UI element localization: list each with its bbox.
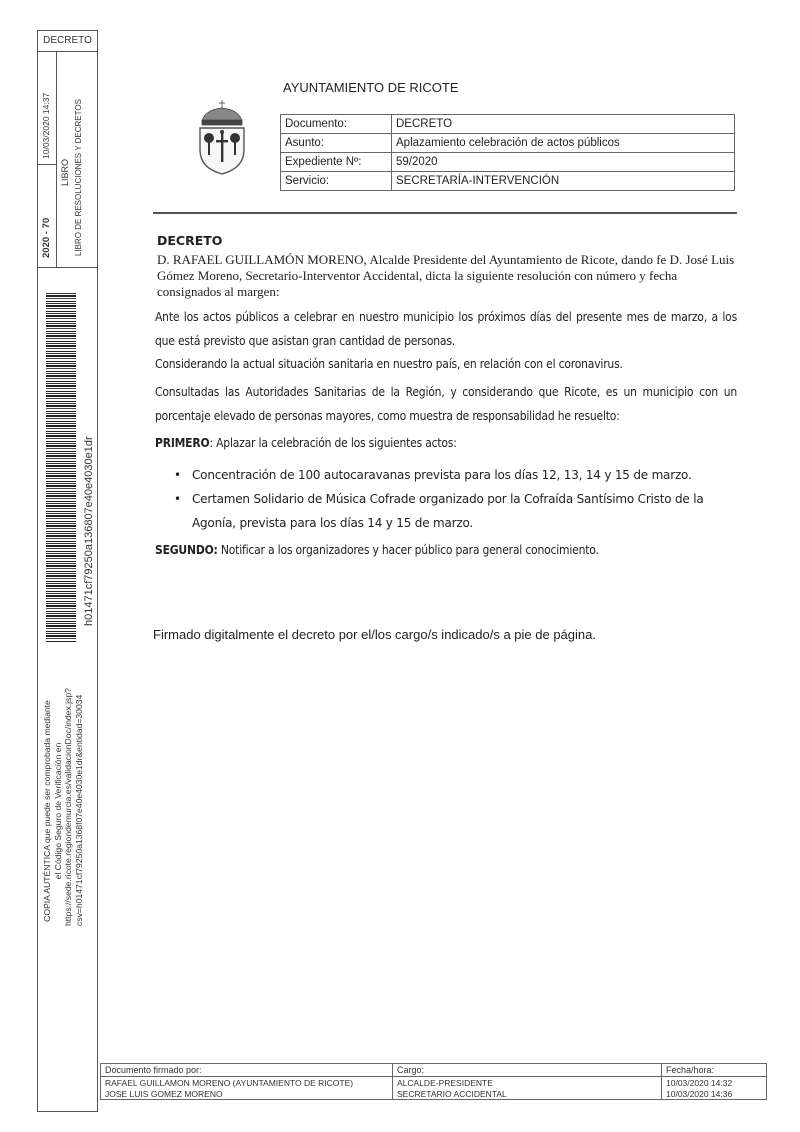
csv-code: h01471cf79250a136807e40e4030e1dr xyxy=(83,436,95,626)
registry-datetime: 10/03/2020 14:37 xyxy=(41,93,51,159)
signatures-table: Documento firmado por: Cargo: Fecha/hora… xyxy=(100,1063,767,1100)
resolution-second: SEGUNDO: Notificar a los organizadores y… xyxy=(155,538,737,562)
organization-title: AYUNTAMIENTO DE RICOTE xyxy=(283,80,459,95)
signatures-header-row: Documento firmado por: Cargo: Fecha/hora… xyxy=(101,1064,767,1077)
meta-label: Expediente Nº: xyxy=(281,153,392,172)
resolution-second-label: SEGUNDO: xyxy=(155,543,218,557)
decree-title: DECRETO xyxy=(157,233,222,248)
list-item-text: Certamen Solidario de Música Cofrade org… xyxy=(192,492,704,530)
meta-row: Asunto: Aplazamiento celebración de acto… xyxy=(281,134,735,153)
coat-of-arms-icon xyxy=(196,98,248,176)
meta-label: Asunto: xyxy=(281,134,392,153)
list-item: • Certamen Solidario de Música Cofrade o… xyxy=(172,487,732,535)
meta-row: Documento: DECRETO xyxy=(281,115,735,134)
signature-datetime: 10/03/2020 14:36 xyxy=(662,1088,767,1100)
document-metadata-table: Documento: DECRETO Asunto: Aplazamiento … xyxy=(280,114,735,191)
registry-stamp-divider xyxy=(38,164,56,165)
role-header: Cargo: xyxy=(393,1064,662,1077)
signer-role: SECRETARIO ACCIDENTAL xyxy=(393,1088,662,1100)
signature-datetime: 10/03/2020 14:32 xyxy=(662,1077,767,1089)
meta-value: SECRETARÍA-INTERVENCIÓN xyxy=(392,172,735,191)
registry-number: 2020 - 70 xyxy=(41,218,52,258)
signer-name: RAFAEL GUILLAMON MORENO (AYUNTAMIENTO DE… xyxy=(101,1077,393,1089)
meta-value: Aplazamiento celebración de actos públic… xyxy=(392,134,735,153)
meta-label: Servicio: xyxy=(281,172,392,191)
table-row: JOSE LUIS GOMEZ MORENO SECRETARIO ACCIDE… xyxy=(101,1088,767,1100)
book-short-label: LIBRO xyxy=(60,159,70,186)
authentic-copy-notice: COPIA AUTÉNTICA que puede ser comprobada… xyxy=(42,696,94,926)
resolution-first-label: PRIMERO xyxy=(155,436,209,450)
list-item: • Concentración de 100 autocaravanas pre… xyxy=(172,463,732,487)
meta-row: Servicio: SECRETARÍA-INTERVENCIÓN xyxy=(281,172,735,191)
paragraph-whereas-health: Considerando la actual situación sanitar… xyxy=(155,352,737,376)
meta-value: 59/2020 xyxy=(392,153,735,172)
datetime-header: Fecha/hora: xyxy=(662,1064,767,1077)
signer-role: ALCALDE-PRESIDENTE xyxy=(393,1077,662,1089)
paragraph-consulted: Consultadas las Autoridades Sanitarias d… xyxy=(155,380,737,428)
sidebar-header: DECRETO xyxy=(38,31,97,52)
resolution-first: PRIMERO: Aplazar la celebración de los s… xyxy=(155,431,737,455)
signer-header: Documento firmado por: xyxy=(101,1064,393,1077)
header-divider xyxy=(153,212,737,214)
bullet-icon: • xyxy=(174,463,181,487)
book-full-label: LIBRO DE RESOLUCIONES Y DECRETOS xyxy=(74,99,83,256)
digital-signature-note: Firmado digitalmente el decreto por el/l… xyxy=(153,627,596,642)
paragraph-whereas-events: Ante los actos públicos a celebrar en nu… xyxy=(155,305,737,353)
bullet-icon: • xyxy=(174,487,181,511)
meta-value: DECRETO xyxy=(392,115,735,134)
postponed-events-list: • Concentración de 100 autocaravanas pre… xyxy=(172,463,732,535)
table-row: RAFAEL GUILLAMON MORENO (AYUNTAMIENTO DE… xyxy=(101,1077,767,1089)
decree-intro: D. RAFAEL GUILLAMÓN MORENO, Alcalde Pres… xyxy=(157,252,737,300)
meta-row: Expediente Nº: 59/2020 xyxy=(281,153,735,172)
resolution-first-text: : Aplazar la celebración de los siguient… xyxy=(209,436,456,450)
resolution-second-text: Notificar a los organizadores y hacer pú… xyxy=(218,543,599,557)
meta-label: Documento: xyxy=(281,115,392,134)
list-item-text: Concentración de 100 autocaravanas previ… xyxy=(192,468,692,482)
barcode-icon xyxy=(46,293,76,643)
signer-name: JOSE LUIS GOMEZ MORENO xyxy=(101,1088,393,1100)
registry-stamp: 10/03/2020 14:37 2020 - 70 LIBRO LIBRO D… xyxy=(38,51,97,268)
registry-sidebar: DECRETO 10/03/2020 14:37 2020 - 70 LIBRO… xyxy=(37,30,98,1112)
